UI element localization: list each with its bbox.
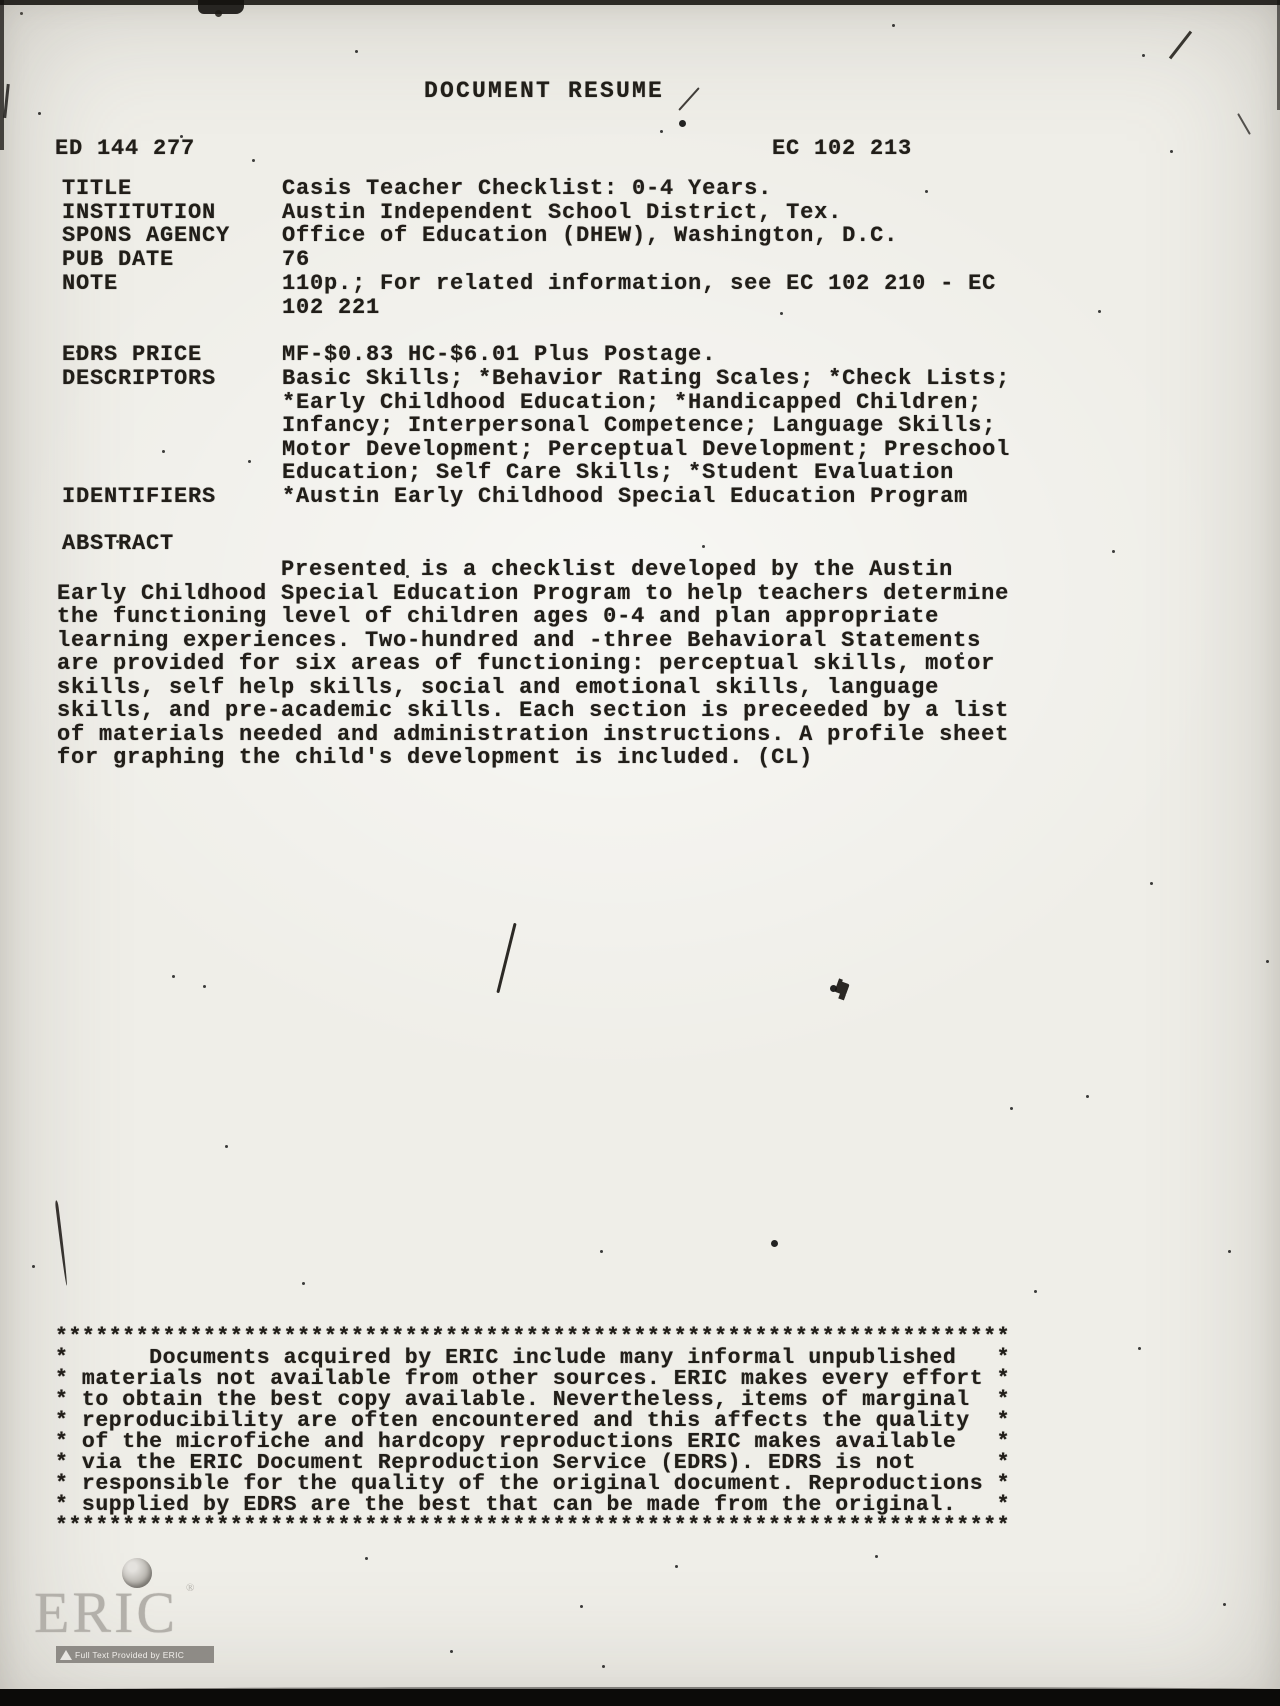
abstract-heading: ABSTRACT [62,532,174,556]
scanned-document-page: DOCUMENT RESUME ED 144 277 EC 102 213 TI… [0,0,1280,1706]
bottom-scan-bar [0,1689,1280,1706]
banner-triangle-icon [60,1650,72,1660]
field-label-edrs-price: EDRS PRICE [62,343,202,367]
abstract-text: Presented is a checklist developed by th… [57,558,1009,770]
field-value-edrs-price: MF-$0.83 HC-$6.01 Plus Postage. [282,343,716,367]
left-scan-mark [3,84,10,118]
field-value-pub-date: 76 [282,248,310,272]
field-label-title: TITLE [62,177,132,201]
eric-logo-text: ERIC [34,1584,178,1642]
ec-number: EC 102 213 [772,137,912,161]
eric-logo-tagline: Full Text Provided by ERIC [75,1650,184,1660]
field-value-institution: Austin Independent School District, Tex. [282,201,842,225]
field-value-spons-agency: Office of Education (DHEW), Washington, … [282,224,898,248]
field-value-note: 110p.; For related information, see EC 1… [282,272,996,319]
scan-noise-specks [20,12,23,15]
ink-streak [496,923,516,994]
eric-logo: ERIC ® Full Text Provided by ERIC [26,1562,256,1672]
field-value-title: Casis Teacher Checklist: 0-4 Years. [282,177,772,201]
ink-streak [55,1200,68,1286]
field-label-pub-date: PUB DATE [62,248,174,272]
field-label-institution: INSTITUTION [62,201,216,225]
ink-streak [1237,113,1251,135]
ink-streak [678,87,700,111]
field-label-descriptors: DESCRIPTORS [62,367,216,391]
corner-scan-mark [1169,31,1192,60]
field-label-note: NOTE [62,272,118,296]
left-scan-edge [0,0,4,150]
field-label-spons-agency: SPONS AGENCY [62,224,230,248]
field-label-identifiers: IDENTIFIERS [62,485,216,509]
eric-logo-banner: Full Text Provided by ERIC [56,1646,214,1663]
ed-number: ED 144 277 [55,137,195,161]
document-resume-header: DOCUMENT RESUME [424,80,664,104]
field-value-identifiers: *Austin Early Childhood Special Educatio… [282,485,968,509]
scan-noise-blobs [215,10,222,17]
top-scan-bar [0,0,1280,5]
ink-streak [834,980,849,995]
edrs-disclaimer-box: ****************************************… [55,1327,1010,1537]
registered-mark-icon: ® [186,1582,194,1594]
field-value-descriptors: Basic Skills; *Behavior Rating Scales; *… [282,367,1010,485]
